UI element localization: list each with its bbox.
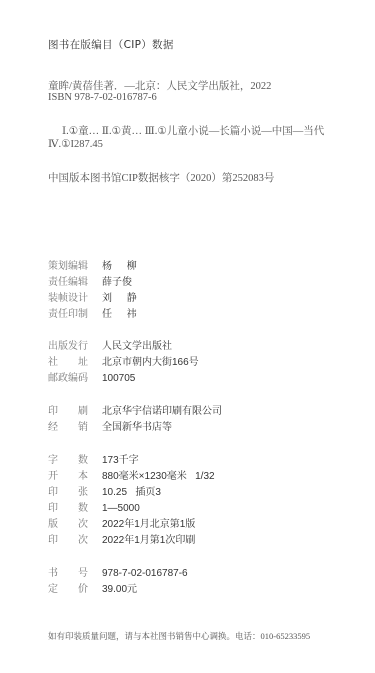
pricing-label: 定 价 — [48, 583, 88, 597]
spec-value: 10.25 插页3 — [102, 486, 161, 500]
publisher-row-postcode: 邮政编码 100705 — [48, 370, 135, 384]
spec-label: 印 张 — [48, 486, 88, 500]
pricing-value: 39.00元 — [102, 583, 137, 597]
printing-row-printer: 印 刷 北京华宇信诺印刷有限公司 — [48, 403, 222, 417]
spec-row-print-run: 印 数 1—5000 — [48, 500, 140, 514]
spec-value: 2022年1月第1次印刷 — [102, 534, 195, 548]
spec-row-sheets: 印 张 10.25 插页3 — [48, 484, 161, 498]
publisher-row-distributor: 出版发行 人民文学出版社 — [48, 338, 172, 352]
publisher-label: 社 址 — [48, 356, 88, 370]
printing-label: 经 销 — [48, 421, 88, 435]
printing-value: 北京华宇信诺印刷有限公司 — [102, 405, 222, 419]
cip-library-record: 中国版本图书馆CIP数据核字（2020）第252083号 — [48, 170, 274, 185]
cip-isbn: ISBN 978-7-02-016787-6 — [48, 92, 157, 103]
staff-label: 责任编辑 — [48, 276, 98, 290]
spec-value: 880毫米×1230毫米 1/32 — [102, 470, 215, 484]
pricing-row-book-number: 书 号 978-7-02-016787-6 — [48, 565, 188, 579]
staff-row-responsible-editor: 责任编辑 薛子俊 — [48, 274, 132, 288]
publisher-label: 邮政编码 — [48, 372, 98, 386]
staff-row-binding-design: 装帧设计 刘 静 — [48, 290, 143, 304]
copyright-page: 图书在版编目（CIP）数据 童眸/黄蓓佳著．—北京：人民文学出版社，2022 I… — [0, 0, 375, 673]
spec-row-word-count: 字 数 173千字 — [48, 452, 139, 466]
spec-value: 1—5000 — [102, 502, 140, 516]
publisher-value: 100705 — [102, 372, 135, 386]
cip-classification: Ⅰ.①童… Ⅱ.①黄… Ⅲ.①儿童小说—长篇小说—中国—当代 — [62, 123, 324, 138]
spec-row-edition: 版 次 2022年1月北京第1版 — [48, 516, 195, 530]
spec-label: 开 本 — [48, 470, 88, 484]
pricing-label: 书 号 — [48, 567, 88, 581]
staff-label: 责任印制 — [48, 308, 98, 322]
publisher-value: 人民文学出版社 — [102, 340, 172, 354]
pricing-row-price: 定 价 39.00元 — [48, 581, 137, 595]
quality-notice: 如有印装质量问题，请与本社图书销售中心调换。电话：010-65233595 — [48, 630, 310, 642]
staff-label: 装帧设计 — [48, 292, 98, 306]
spec-row-impression: 印 次 2022年1月第1次印刷 — [48, 532, 195, 546]
staff-row-planning-editor: 策划编辑 杨 柳 — [48, 258, 143, 272]
staff-value: 任 祎 — [102, 308, 143, 322]
spec-label: 印 次 — [48, 534, 88, 548]
publisher-row-address: 社 址 北京市朝内大街166号 — [48, 354, 199, 368]
publisher-label: 出版发行 — [48, 340, 98, 354]
printing-row-distribution: 经 销 全国新华书店等 — [48, 419, 172, 433]
cip-title: 图书在版编目（CIP）数据 — [48, 37, 174, 52]
printing-label: 印 刷 — [48, 405, 88, 419]
publisher-value: 北京市朝内大街166号 — [102, 356, 199, 370]
staff-value: 杨 柳 — [102, 260, 143, 274]
printing-value: 全国新华书店等 — [102, 421, 172, 435]
spec-label: 版 次 — [48, 518, 88, 532]
staff-row-print-supervisor: 责任印制 任 祎 — [48, 306, 143, 320]
cip-citation: 童眸/黄蓓佳著．—北京：人民文学出版社，2022 — [48, 78, 271, 93]
spec-label: 字 数 — [48, 454, 88, 468]
pricing-value: 978-7-02-016787-6 — [102, 567, 188, 581]
spec-value: 2022年1月北京第1版 — [102, 518, 195, 532]
staff-value: 薛子俊 — [102, 276, 132, 290]
staff-label: 策划编辑 — [48, 260, 98, 274]
cip-classification-number: Ⅳ.①I287.45 — [48, 138, 103, 150]
spec-label: 印 数 — [48, 502, 88, 516]
staff-value: 刘 静 — [102, 292, 143, 306]
spec-value: 173千字 — [102, 454, 139, 468]
spec-row-format: 开 本 880毫米×1230毫米 1/32 — [48, 468, 215, 482]
